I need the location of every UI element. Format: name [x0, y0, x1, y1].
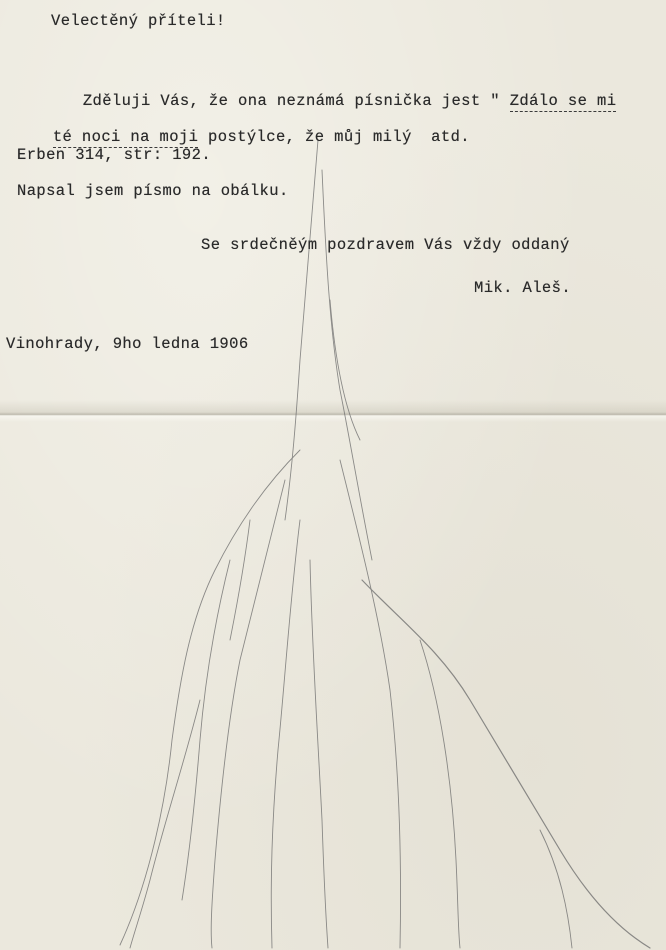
body-line-2-text: postýlce, že můj milý atd.: [198, 128, 470, 146]
body-line-1-text: Zděluji Vás, že ona neznámá písnička jes…: [83, 92, 510, 110]
envelope-note: Napsal jsem písmo na obálku.: [17, 182, 289, 200]
song-title-part-2: té noci na moji: [53, 128, 199, 148]
reference-line: Erben 314, str: 192.: [17, 146, 211, 164]
place-date: Vinohrady, 9ho ledna 1906: [6, 335, 249, 353]
greeting: Velectěný příteli!: [51, 12, 226, 30]
signature: Mik. Aleš.: [474, 279, 571, 297]
song-title-part-1: Zdálo se mi: [510, 92, 617, 112]
closing: Se srdečněým pozdravem Vás vždy oddaný: [201, 236, 570, 254]
letter-page: Velectěný příteli! Zděluji Vás, že ona n…: [0, 0, 666, 950]
paper-fold: [0, 400, 666, 422]
